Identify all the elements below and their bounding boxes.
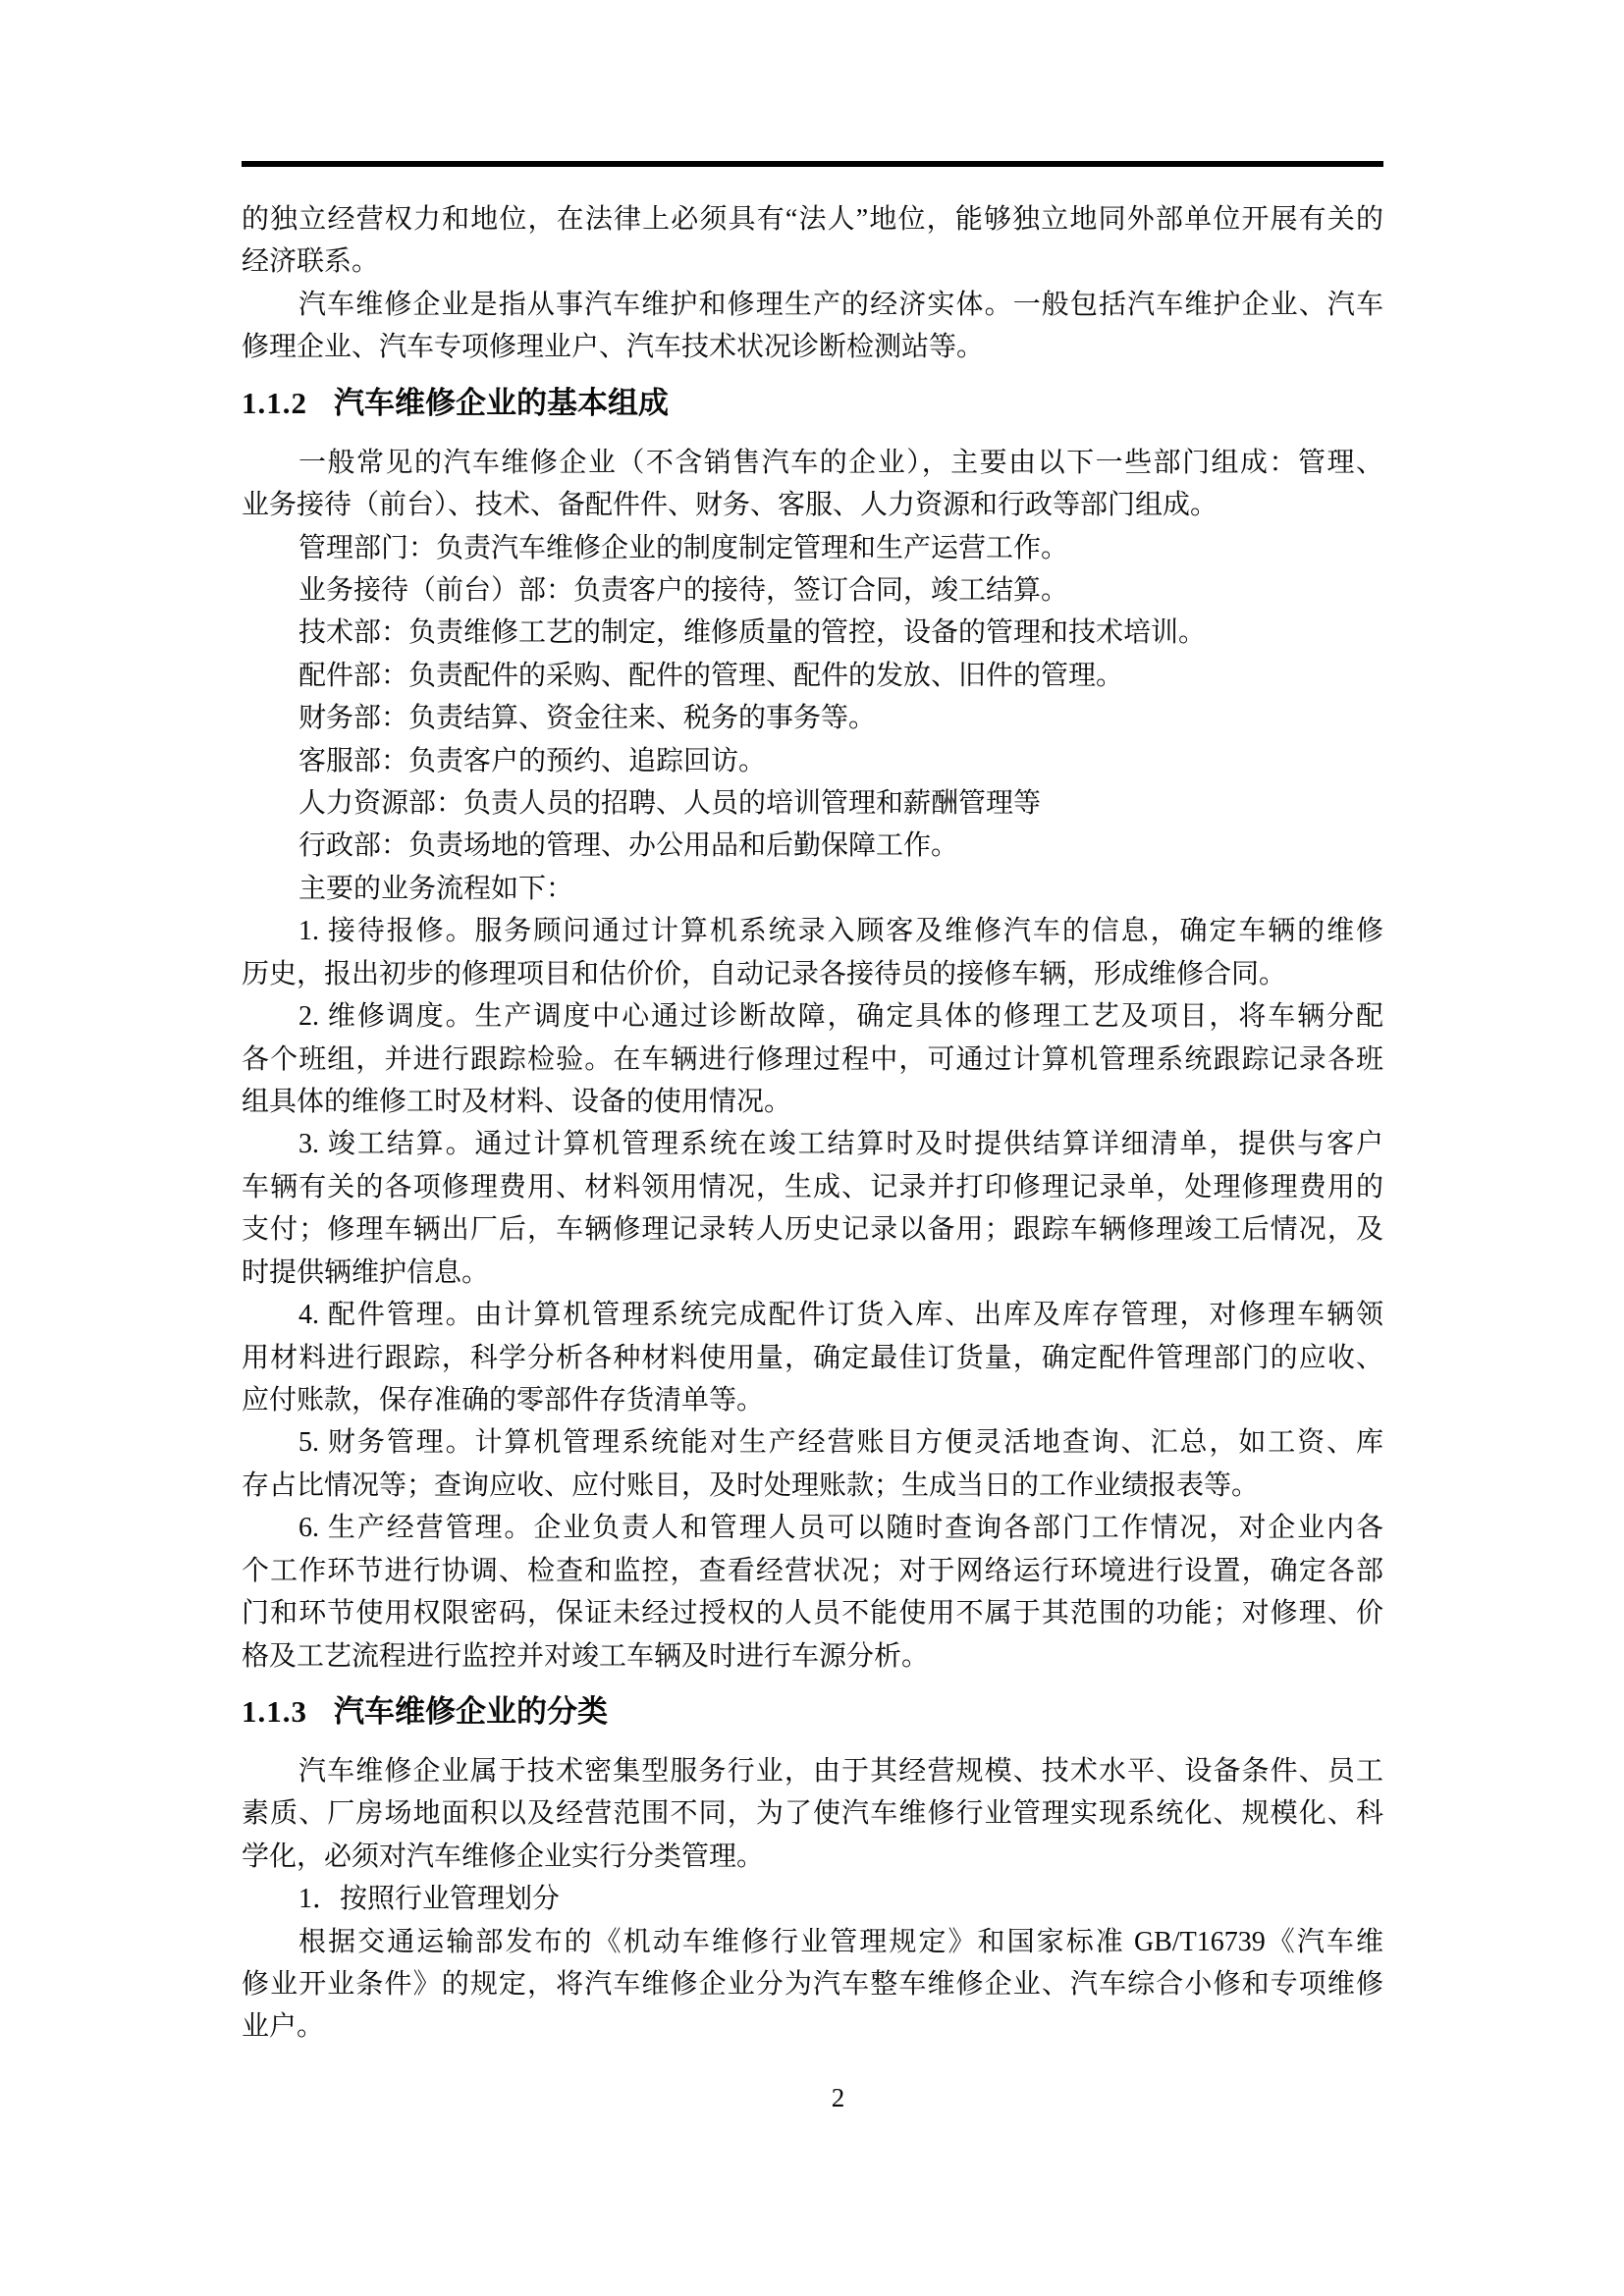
text-line: 车辆有关的各项修理费用、材料领用情况，生成、记录并打印修理记录单，处理修理费用的 xyxy=(242,1166,1383,1208)
text-line: 行政部：负责场地的管理、办公用品和后勤保障工作。 xyxy=(242,825,1383,867)
text-line: 应付账款，保存准确的零部件存货清单等。 xyxy=(242,1379,1383,1421)
paragraph: 管理部门：负责汽车维修企业的制度制定管理和生产运营工作。 xyxy=(242,527,1383,569)
text-line: 的独立经营权力和地位，在法律上必须具有“法人”地位，能够独立地同外部单位开展有关… xyxy=(242,198,1383,240)
text-line: 2. 维修调度。生产调度中心通过诊断故障，确定具体的修理工艺及项目，将车辆分配 xyxy=(242,995,1383,1038)
paragraph: 的独立经营权力和地位，在法律上必须具有“法人”地位，能够独立地同外部单位开展有关… xyxy=(242,198,1383,284)
paragraph: 人力资源部：负责人员的招聘、人员的培训管理和薪酬管理等 xyxy=(242,782,1383,825)
text-line: 支付；修理车辆出厂后，车辆修理记录转人历史记录以备用；跟踪车辆修理竣工后情况，及 xyxy=(242,1208,1383,1251)
text-line: 汽车维修企业属于技术密集型服务行业，由于其经营规模、技术水平、设备条件、员工 xyxy=(242,1750,1383,1792)
text-line: 存占比情况等；查询应收、应付账目，及时处理账款；生成当日的工作业绩报表等。 xyxy=(242,1465,1383,1507)
paragraph: 汽车维修企业属于技术密集型服务行业，由于其经营规模、技术水平、设备条件、员工素质… xyxy=(242,1750,1383,1878)
text-line: 1. 接待报修。服务顾问通过计算机系统录入顾客及维修汽车的信息，确定车辆的维修 xyxy=(242,910,1383,952)
paragraph: 5. 财务管理。计算机管理系统能对生产经营账目方便灵活地查询、汇总，如工资、库存… xyxy=(242,1421,1383,1507)
document-body: 的独立经营权力和地位，在法律上必须具有“法人”地位，能够独立地同外部单位开展有关… xyxy=(242,198,1383,2049)
section-heading: 1.1.2汽车维修企业的基本组成 xyxy=(242,381,1383,426)
paragraph: 3. 竣工结算。通过计算机管理系统在竣工结算时及时提供结算详细清单，提供与客户车… xyxy=(242,1123,1383,1294)
text-line: 用材料进行跟踪，科学分析各种材料使用量，确定最佳订货量，确定配件管理部门的应收、 xyxy=(242,1337,1383,1379)
document-page: 的独立经营权力和地位，在法律上必须具有“法人”地位，能够独立地同外部单位开展有关… xyxy=(0,0,1624,2296)
section-heading: 1.1.3汽车维修企业的分类 xyxy=(242,1689,1383,1735)
paragraph: 根据交通运输部发布的《机动车维修行业管理规定》和国家标准 GB/T16739《汽… xyxy=(242,1921,1383,2049)
text-line: 汽车维修企业是指从事汽车维护和修理生产的经济实体。一般包括汽车维护企业、汽车 xyxy=(242,284,1383,326)
text-line: 门和环节使用权限密码，保证未经过授权的人员不能使用不属于其范围的功能；对修理、价 xyxy=(242,1592,1383,1634)
text-line: 6. 生产经营管理。企业负责人和管理人员可以随时查询各部门工作情况，对企业内各 xyxy=(242,1507,1383,1549)
text-line: 1．按照行业管理划分 xyxy=(242,1878,1383,1920)
text-line: 3. 竣工结算。通过计算机管理系统在竣工结算时及时提供结算详细清单，提供与客户 xyxy=(242,1123,1383,1165)
heading-title: 汽车维修企业的基本组成 xyxy=(334,386,669,420)
text-line: 一般常见的汽车维修企业（不含销售汽车的企业），主要由以下一些部门组成：管理、 xyxy=(242,442,1383,484)
text-line: 5. 财务管理。计算机管理系统能对生产经营账目方便灵活地查询、汇总，如工资、库 xyxy=(242,1421,1383,1464)
text-line: 配件部：负责配件的采购、配件的管理、配件的发放、旧件的管理。 xyxy=(242,655,1383,697)
page-number: 2 xyxy=(781,2083,845,2112)
text-line: 学化，必须对汽车维修企业实行分类管理。 xyxy=(242,1836,1383,1878)
text-line: 各个班组，并进行跟踪检验。在车辆进行修理过程中，可通过计算机管理系统跟踪记录各班 xyxy=(242,1039,1383,1081)
text-line: 时提供辆维护信息。 xyxy=(242,1252,1383,1294)
paragraph: 1. 接待报修。服务顾问通过计算机系统录入顾客及维修汽车的信息，确定车辆的维修历… xyxy=(242,910,1383,995)
paragraph: 一般常见的汽车维修企业（不含销售汽车的企业），主要由以下一些部门组成：管理、业务… xyxy=(242,442,1383,527)
text-line: 管理部门：负责汽车维修企业的制度制定管理和生产运营工作。 xyxy=(242,527,1383,569)
header-rule xyxy=(242,161,1383,167)
text-line: 组具体的维修工时及材料、设备的使用情况。 xyxy=(242,1081,1383,1123)
text-line: 个工作环节进行协调、检查和监控，查看经营状况；对于网络运行环境进行设置，确定各部 xyxy=(242,1550,1383,1592)
text-line: 修业开业条件》的规定，将汽车维修企业分为汽车整车维修企业、汽车综合小修和专项维修 xyxy=(242,1963,1383,2005)
paragraph: 业务接待（前台）部：负责客户的接待，签订合同，竣工结算。 xyxy=(242,569,1383,612)
text-line: 技术部：负责维修工艺的制定，维修质量的管控，设备的管理和技术培训。 xyxy=(242,612,1383,654)
text-line: 根据交通运输部发布的《机动车维修行业管理规定》和国家标准 GB/T16739《汽… xyxy=(242,1921,1383,1963)
paragraph: 2. 维修调度。生产调度中心通过诊断故障，确定具体的修理工艺及项目，将车辆分配各… xyxy=(242,995,1383,1123)
paragraph: 客服部：负责客户的预约、追踪回访。 xyxy=(242,740,1383,782)
paragraph: 汽车维修企业是指从事汽车维护和修理生产的经济实体。一般包括汽车维护企业、汽车修理… xyxy=(242,284,1383,369)
text-line: 素质、厂房场地面积以及经营范围不同，为了使汽车维修行业管理实现系统化、规模化、科 xyxy=(242,1792,1383,1835)
paragraph: 行政部：负责场地的管理、办公用品和后勤保障工作。 xyxy=(242,825,1383,867)
paragraph: 财务部：负责结算、资金往来、税务的事务等。 xyxy=(242,697,1383,739)
text-line: 主要的业务流程如下： xyxy=(242,868,1383,910)
heading-number: 1.1.3 xyxy=(242,1694,307,1729)
text-line: 业务接待（前台）、技术、备配件件、财务、客服、人力资源和行政等部门组成。 xyxy=(242,484,1383,526)
heading-title: 汽车维修企业的分类 xyxy=(334,1694,608,1729)
text-line: 修理企业、汽车专项修理业户、汽车技术状况诊断检测站等。 xyxy=(242,326,1383,368)
paragraph: 4. 配件管理。由计算机管理系统完成配件订货入库、出库及库存管理，对修理车辆领用… xyxy=(242,1294,1383,1421)
page-footer: 2 xyxy=(242,2077,1383,2119)
text-line: 经济联系。 xyxy=(242,240,1383,283)
paragraph: 主要的业务流程如下： xyxy=(242,868,1383,910)
text-line: 客服部：负责客户的预约、追踪回访。 xyxy=(242,740,1383,782)
text-line: 格及工艺流程进行监控并对竣工车辆及时进行车源分析。 xyxy=(242,1635,1383,1678)
text-line: 人力资源部：负责人员的招聘、人员的培训管理和薪酬管理等 xyxy=(242,782,1383,825)
text-line: 4. 配件管理。由计算机管理系统完成配件订货入库、出库及库存管理，对修理车辆领 xyxy=(242,1294,1383,1336)
paragraph: 6. 生产经营管理。企业负责人和管理人员可以随时查询各部门工作情况，对企业内各个… xyxy=(242,1507,1383,1678)
paragraph: 1．按照行业管理划分 xyxy=(242,1878,1383,1920)
paragraph: 配件部：负责配件的采购、配件的管理、配件的发放、旧件的管理。 xyxy=(242,655,1383,697)
text-line: 财务部：负责结算、资金往来、税务的事务等。 xyxy=(242,697,1383,739)
text-line: 业务接待（前台）部：负责客户的接待，签订合同，竣工结算。 xyxy=(242,569,1383,612)
paragraph: 技术部：负责维修工艺的制定，维修质量的管控，设备的管理和技术培训。 xyxy=(242,612,1383,654)
heading-number: 1.1.2 xyxy=(242,386,307,420)
text-line: 历史，报出初步的修理项目和估价价，自动记录各接待员的接修车辆，形成维修合同。 xyxy=(242,953,1383,995)
text-line: 业户。 xyxy=(242,2005,1383,2048)
